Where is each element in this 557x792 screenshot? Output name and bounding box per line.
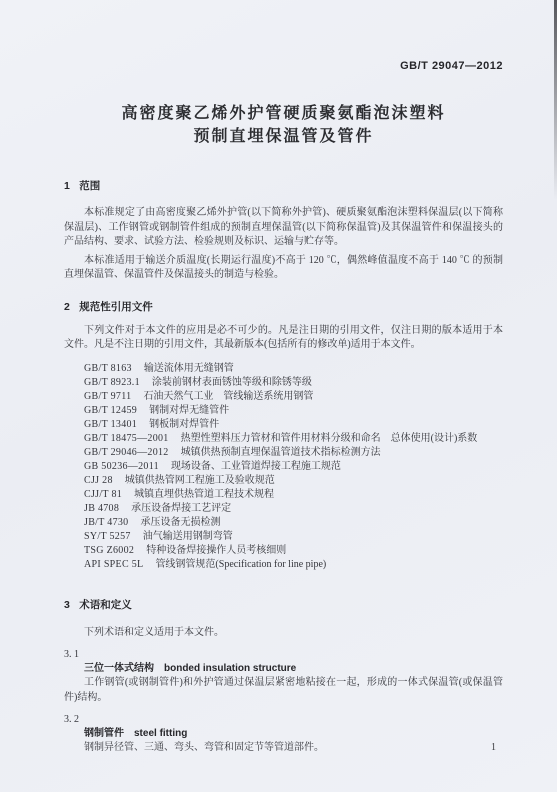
term-definition: 工作钢管(或钢制管件)和外护管通过保温层紧密地粘接在一起，形成的一体式保温管(或… [64,676,503,705]
reference-code: API SPEC 5L [84,559,143,570]
reference-item: GB/T 9711石油天然气工业 管线输送系统用钢管 [64,390,503,404]
reference-name: 特种设备焊接操作人员考核细则 [146,545,286,556]
reference-code: GB/T 18475—2001 [84,433,169,444]
references-intro: 下列文件对于本文件的应用是必不可少的。凡是注日期的引用文件，仅注日期的版本适用于… [64,324,503,353]
section-1-heading: 1范围 [64,180,503,193]
reference-code: GB/T 8163 [84,363,132,374]
reference-name: 城镇供热预制直埋保温管道技术指标检测方法 [181,447,381,458]
page-number: 1 [491,742,496,753]
reference-item: API SPEC 5L管线钢管规范(Specification for line… [64,558,503,572]
term-block-3-2: 3. 2 钢制管件steel fitting 钢制异径管、三通、弯头、弯管和固定… [64,713,503,756]
reference-item: GB/T 8163输送流体用无缝钢管 [64,362,503,376]
term-zh: 钢制管件 [84,728,124,739]
reference-code: GB/T 13401 [84,419,137,430]
reference-name: 钢板制对焊管件 [149,419,219,430]
reference-item: CJJ 28城镇供热管网工程施工及验收规范 [64,474,503,488]
reference-item: SY/T 5257油气输送用钢制弯管 [64,530,503,544]
reference-code: GB/T 29046—2012 [84,447,169,458]
reference-name: 城镇供热管网工程施工及验收规范 [125,475,275,486]
reference-name: 油气输送用钢制弯管 [143,531,233,542]
reference-code: CJJ/T 81 [84,489,122,500]
reference-item: GB/T 8923.1涂装前钢材表面锈蚀等级和除锈等级 [64,376,503,390]
document-page: GB/T 29047—2012 高密度聚乙烯外护管硬质聚氨酯泡沫塑料 预制直埋保… [0,0,557,792]
reference-name: 钢制对焊无缝管件 [149,405,229,416]
reference-name: 城镇直埋供热管道工程技术规程 [134,489,274,500]
standard-number: GB/T 29047—2012 [64,60,503,72]
section-2-label: 规范性引用文件 [79,301,153,313]
reference-item: GB/T 18475—2001热塑性塑料压力管材和管件用材料分级和命名 总体使用… [64,432,503,446]
term-number: 3. 2 [64,713,503,727]
reference-code: JB/T 4730 [84,517,128,528]
section-2-number: 2 [64,301,70,313]
term-definition: 钢制异径管、三通、弯头、弯管和固定节等管道部件。 [64,741,503,756]
reference-name: 输送流体用无缝钢管 [144,363,234,374]
reference-item: GB 50236—2011现场设备、工业管道焊接工程施工规范 [64,460,503,474]
reference-name: 现场设备、工业管道焊接工程施工规范 [171,461,341,472]
reference-item: JB 4708承压设备焊接工艺评定 [64,502,503,516]
reference-code: GB/T 9711 [84,391,131,402]
reference-name: 热塑性塑料压力管材和管件用材料分级和命名 总体使用(设计)系数 [181,433,478,444]
section-2-heading: 2规范性引用文件 [64,301,503,314]
reference-code: CJJ 28 [84,475,113,486]
terms-intro: 下列术语和定义适用于本文件。 [64,626,503,641]
term-block-3-1: 3. 1 三位一体式结构bonded insulation structure … [64,648,503,705]
term-en: steel fitting [134,728,187,739]
section-3-label: 术语和定义 [79,599,132,611]
reference-code: JB 4708 [84,503,119,514]
reference-code: SY/T 5257 [84,531,131,542]
section-3-heading: 3术语和定义 [64,599,503,612]
reference-name: 管线钢管规范(Specification for line pipe) [155,559,326,570]
reference-item: GB/T 12459钢制对焊无缝管件 [64,404,503,418]
reference-code: GB/T 12459 [84,405,137,416]
reference-name: 承压设备焊接工艺评定 [131,503,231,514]
reference-code: GB/T 8923.1 [84,377,140,388]
reference-code: TSG Z6002 [84,545,134,556]
reference-item: CJJ/T 81城镇直埋供热管道工程技术规程 [64,488,503,502]
reference-name: 石油天然气工业 管线输送系统用钢管 [143,391,313,402]
section-1-number: 1 [64,180,70,192]
document-title-line2: 预制直埋保温管及管件 [64,125,503,148]
scope-paragraph-2: 本标准适用于输送介质温度(长期运行温度)不高于 120 ℃，偶然峰值温度不高于 … [64,254,503,283]
document-title: 高密度聚乙烯外护管硬质聚氨酯泡沫塑料 预制直埋保温管及管件 [64,102,503,148]
page-content: GB/T 29047—2012 高密度聚乙烯外护管硬质聚氨酯泡沫塑料 预制直埋保… [0,0,557,756]
reference-item: GB/T 13401钢板制对焊管件 [64,418,503,432]
reference-item: TSG Z6002特种设备焊接操作人员考核细则 [64,544,503,558]
reference-item: JB/T 4730承压设备无损检测 [64,516,503,530]
scope-paragraph-1: 本标准规定了由高密度聚乙烯外护管(以下简称外护管)、硬质聚氨酯泡沫塑料保温层(以… [64,206,503,250]
reference-list: GB/T 8163输送流体用无缝钢管 GB/T 8923.1涂装前钢材表面锈蚀等… [64,362,503,572]
reference-name: 承压设备无损检测 [140,517,220,528]
term-zh: 三位一体式结构 [84,663,154,674]
term-en: bonded insulation structure [164,663,296,674]
section-3-number: 3 [64,599,70,611]
term-number: 3. 1 [64,648,503,662]
term-title: 三位一体式结构bonded insulation structure [64,662,503,676]
reference-name: 涂装前钢材表面锈蚀等级和除锈等级 [152,377,312,388]
reference-item: GB/T 29046—2012城镇供热预制直埋保温管道技术指标检测方法 [64,446,503,460]
section-1-label: 范围 [79,180,100,192]
document-title-line1: 高密度聚乙烯外护管硬质聚氨酯泡沫塑料 [64,102,503,125]
reference-code: GB 50236—2011 [84,461,159,472]
term-title: 钢制管件steel fitting [64,727,503,741]
